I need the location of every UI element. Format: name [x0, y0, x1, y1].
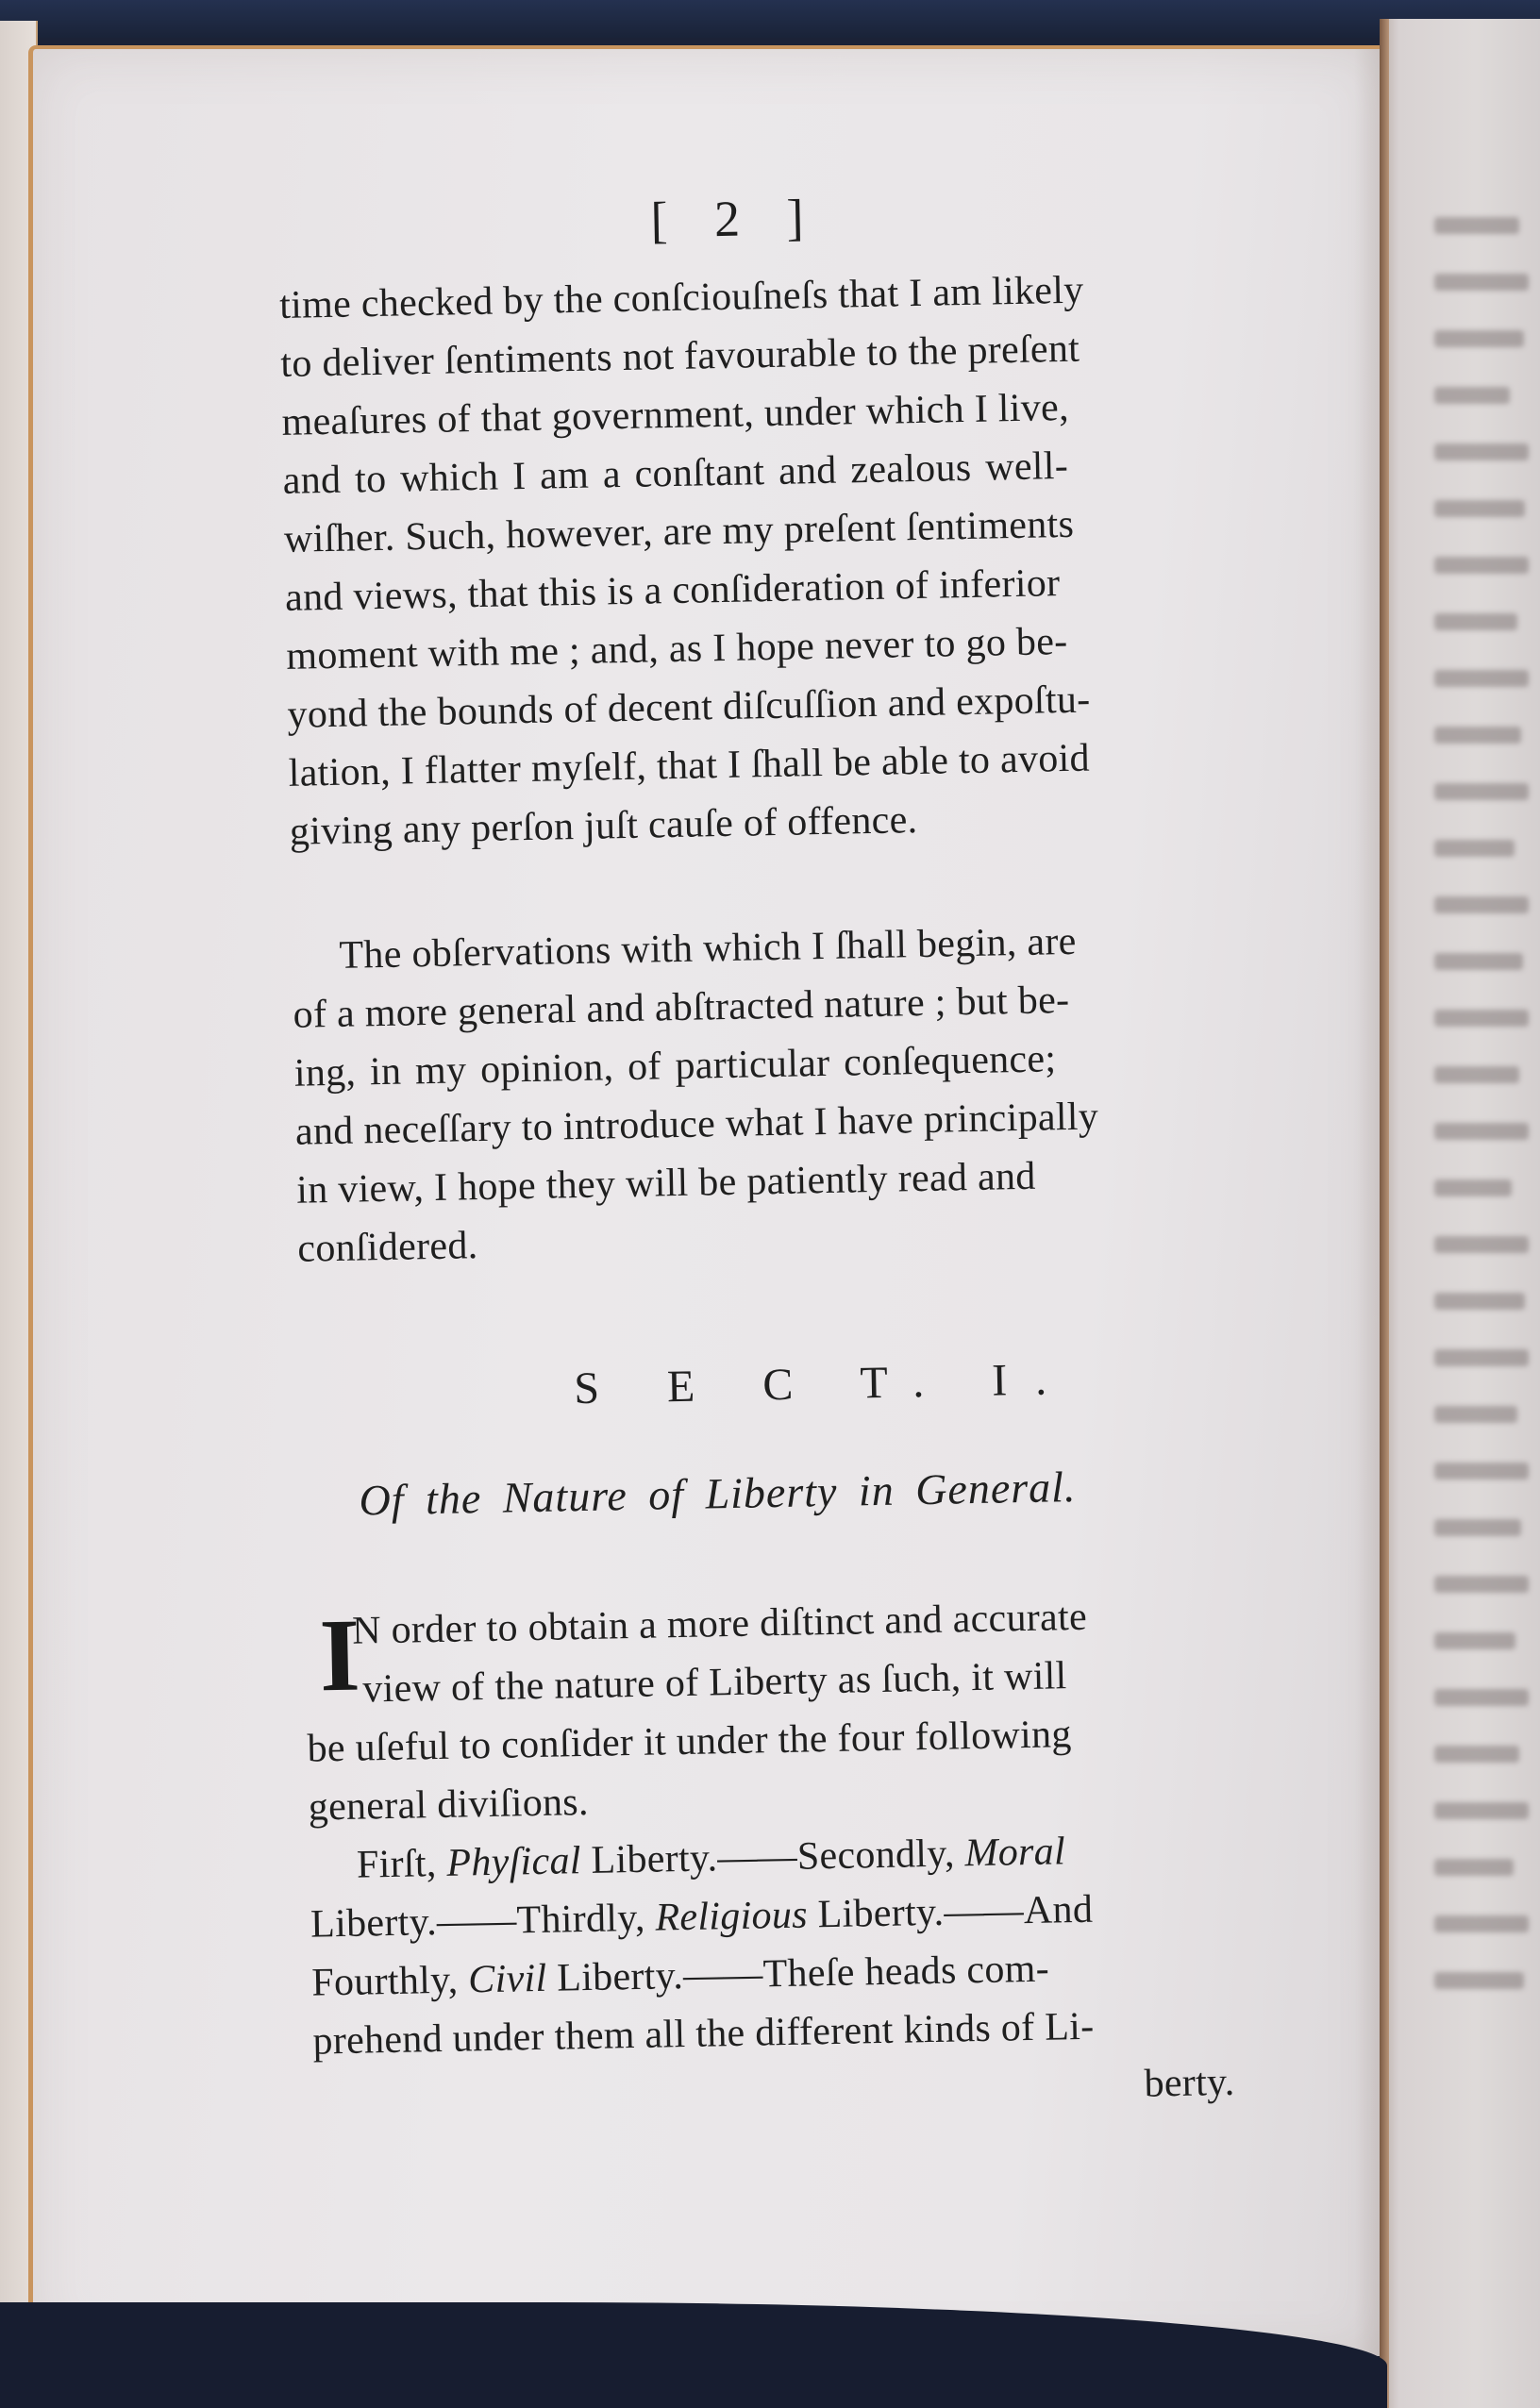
text-line: conſidered.: [297, 1223, 478, 1272]
emphasis-physical: Phyſical: [446, 1839, 581, 1885]
text-run: Liberty.——Secondly,: [580, 1831, 965, 1882]
text-line: general diviſions.: [308, 1780, 589, 1831]
section-heading: S E C T. I.: [574, 1353, 1076, 1414]
background-cloth-top: [0, 0, 1540, 38]
emphasis-moral: Moral: [964, 1830, 1065, 1875]
text-run: Liberty.——And: [807, 1888, 1093, 1937]
book-gutter: [1380, 19, 1389, 2408]
page-number: [ 2 ]: [650, 188, 821, 249]
emphasis-civil: Civil: [468, 1957, 547, 2002]
text-run: Liberty.——Theſe heads com-: [546, 1948, 1049, 2000]
emphasis-religious: Religious: [655, 1894, 808, 1940]
facing-page-text-ghost: [1434, 217, 1540, 2029]
text-line: berty.: [1144, 2060, 1235, 2107]
text-run: Firſt,: [357, 1842, 447, 1887]
text-run: Liberty.——Thirdly,: [310, 1897, 656, 1947]
text-run: Fourthly,: [311, 1958, 469, 2004]
